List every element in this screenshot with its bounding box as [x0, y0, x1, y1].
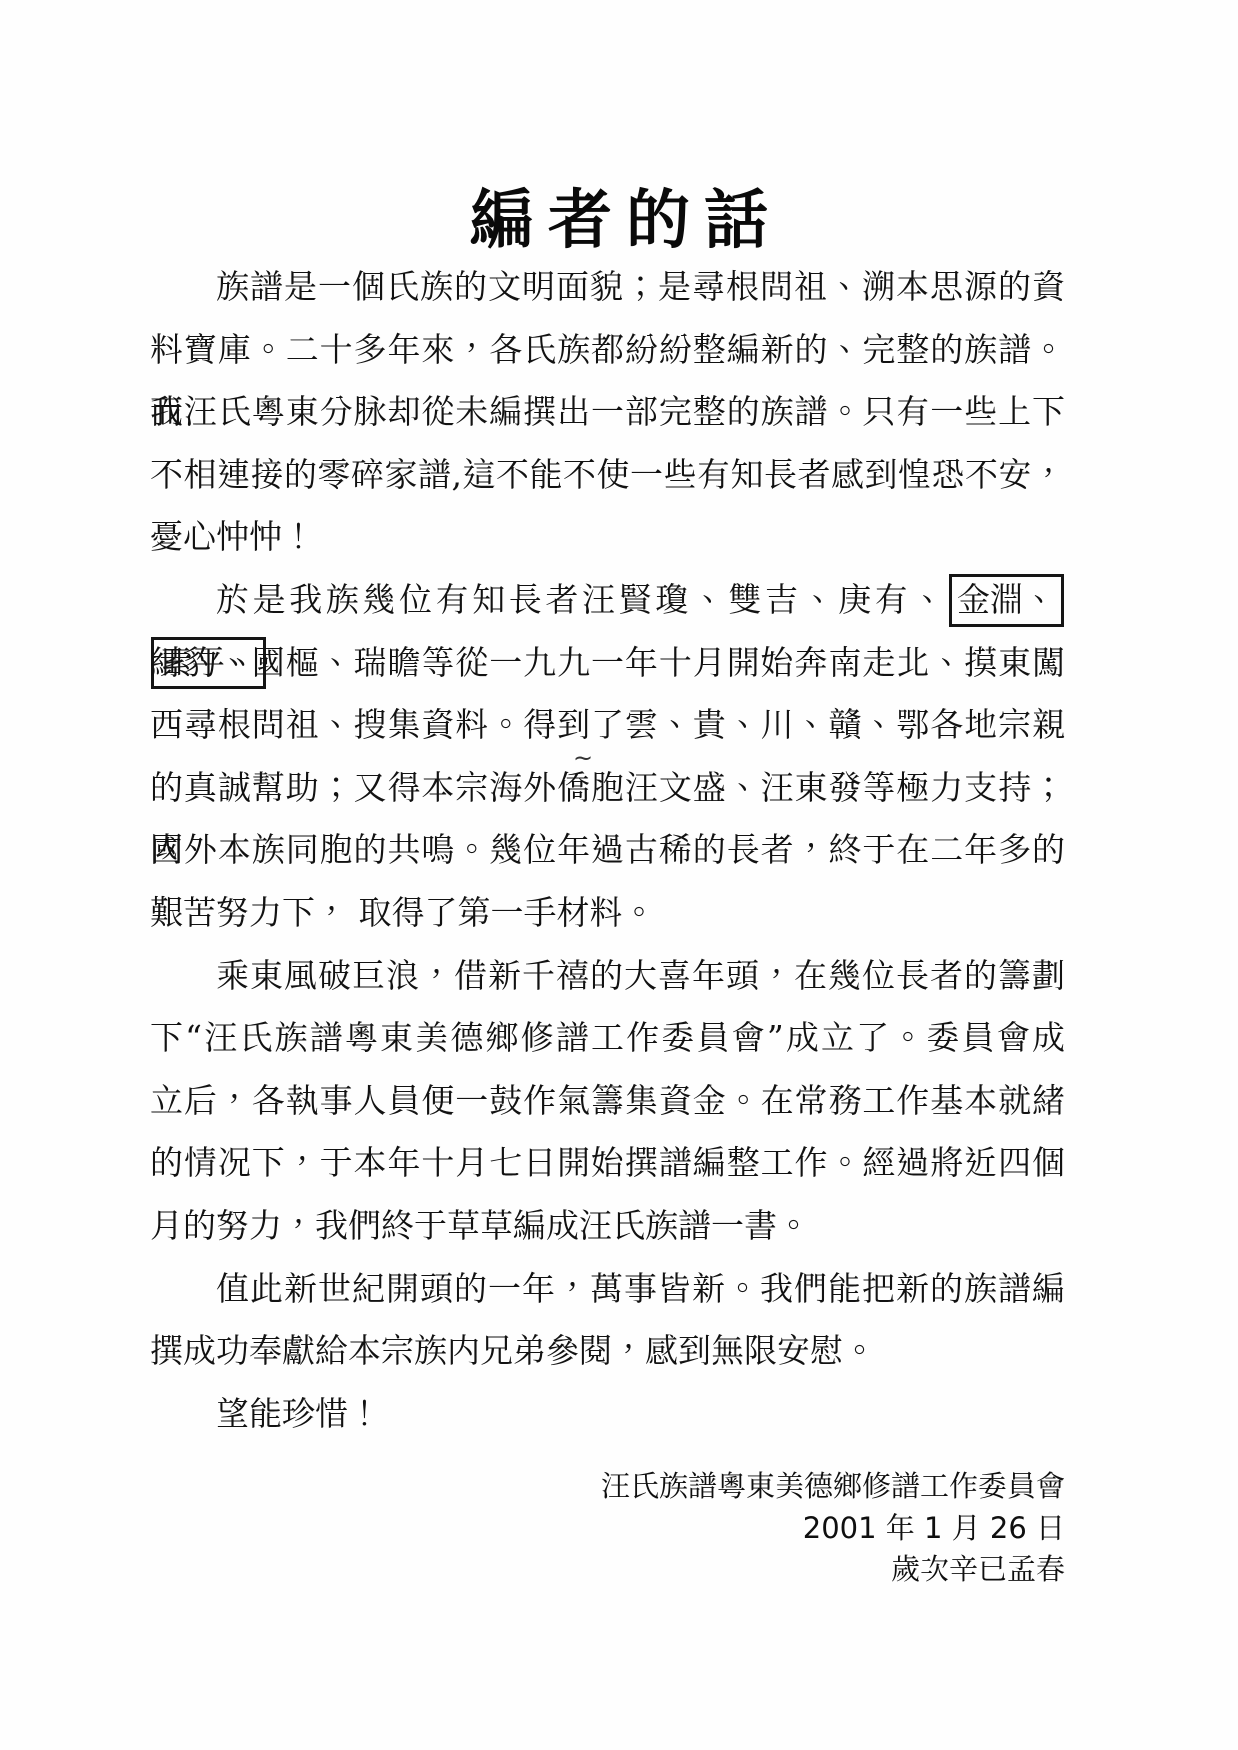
signature-era-note: 歲次辛已孟春 [601, 1549, 1065, 1591]
signature-committee: 汪氏族譜粵東美德鄉修譜工作委員會 [601, 1466, 1065, 1508]
body-line: 料寶庫。二十多年來，各氏族都紛紛整編新的、完整的族譜。而 [150, 319, 1065, 382]
body-line: 撰成功奉獻給本宗族内兄弟參閱，感到無限安慰。 [150, 1320, 1065, 1383]
handwritten-tilde-annotation: ~ [573, 744, 593, 772]
body-line: 的情况下，于本年十月七日開始撰譜編整工作。經過將近四個 [150, 1132, 1065, 1195]
document-body: 族譜是一個氏族的文明面貌；是尋根問祖、溯本思源的資 料寶庫。二十多年來，各氏族都… [150, 256, 1065, 1445]
body-line: 乘東風破巨浪，借新千禧的大喜年頭，在幾位長者的籌劃 [150, 945, 1065, 1008]
body-line: 憂心忡忡！ [150, 506, 1065, 569]
body-line: 下“汪氏族譜粵東美德鄉修譜工作委員會”成立了。委員會成 [150, 1007, 1065, 1070]
body-line: 於是我族幾位有知長者汪賢瓊、雙吉、庚有、金淵、素平、 [150, 569, 1065, 632]
signature-date: 2001 年 1 月 26 日 [601, 1508, 1065, 1550]
body-line: 月的努力，我們終于草草編成汪氏族譜一書。 [150, 1195, 1065, 1258]
body-line: 的真誠幫助；又得本宗海外僑胞汪文盛、汪東發等極力支持；國 [150, 757, 1065, 820]
body-line: 細豹、國樞、瑞瞻等從一九九一年十月開始奔南走北、摸東闖 [150, 632, 1065, 695]
body-line: 族譜是一個氏族的文明面貌；是尋根問祖、溯本思源的資 [150, 256, 1065, 319]
body-line-text: 於是我族幾位有知長者汪賢瓊、雙吉、庚有、 [216, 580, 948, 619]
body-line: 艱苦努力下， 取得了第一手材料。 [150, 882, 1065, 945]
boxed-name: 金淵、 [949, 574, 1064, 627]
body-line: 我汪氏粵東分脉却從未編撰出一部完整的族譜。只有一些上下 [150, 381, 1065, 444]
body-line: 不相連接的零碎家譜,這不能不使一些有知長者感到惶恐不安， [150, 444, 1065, 507]
body-line: 值此新世紀開頭的一年，萬事皆新。我們能把新的族譜編 [150, 1258, 1065, 1321]
body-line: 西尋根問祖、搜集資料。得到了雲、貴、川、贛、鄂各地宗親 [150, 694, 1065, 757]
body-line: 望能珍惜！ [150, 1383, 1065, 1446]
scanned-document-page: 編者的話 族譜是一個氏族的文明面貌；是尋根問祖、溯本思源的資 料寶庫。二十多年來… [0, 0, 1238, 1750]
page-title: 編者的話 [0, 169, 1238, 261]
body-line: 立后，各執事人員便一鼓作氣籌集資金。在常務工作基本就緒 [150, 1070, 1065, 1133]
signature-block: 汪氏族譜粵東美德鄉修譜工作委員會 2001 年 1 月 26 日 歲次辛已孟春 [601, 1466, 1065, 1591]
body-line: 内外本族同胞的共鳴。幾位年過古稀的長者，終于在二年多的 [150, 819, 1065, 882]
